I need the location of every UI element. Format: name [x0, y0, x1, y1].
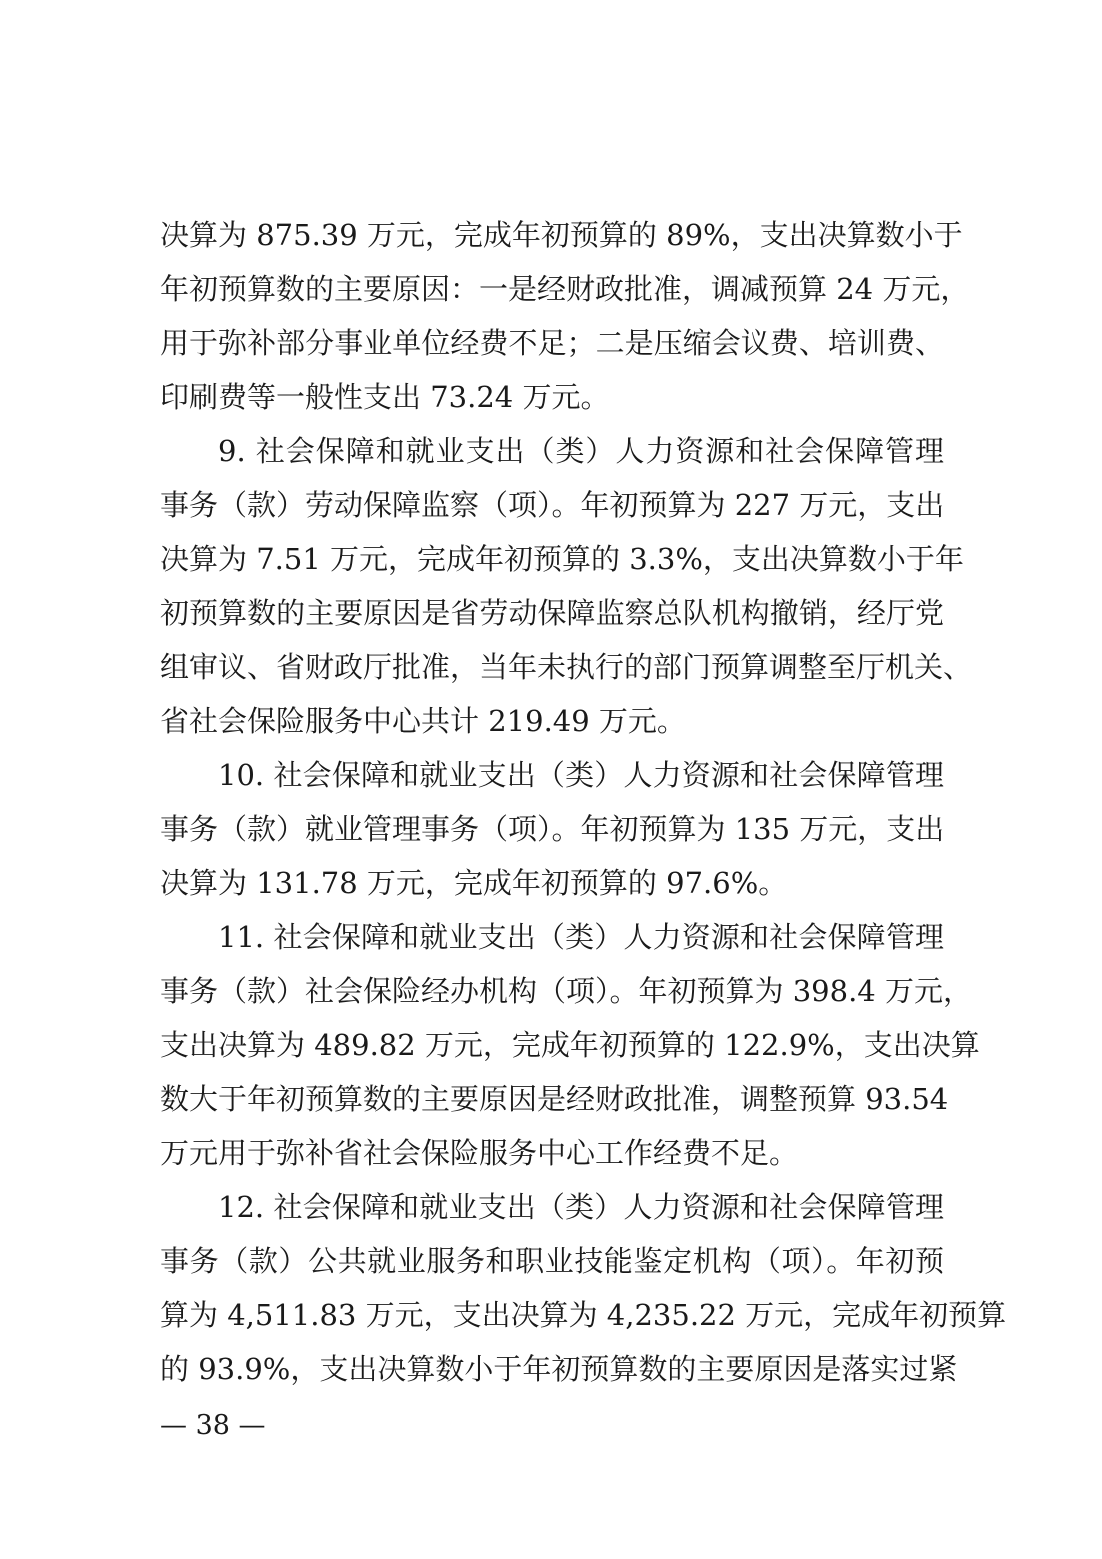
text-line: 决算为 131.78 万元，完成年初预算的 97.6%。: [160, 856, 944, 910]
text-line: 9. 社会保障和就业支出（类）人力资源和社会保障管理: [160, 424, 944, 478]
paragraph-11: 11. 社会保障和就业支出（类）人力资源和社会保障管理 事务（款）社会保险经办机…: [160, 910, 944, 1180]
text-line: 印刷费等一般性支出 73.24 万元。: [160, 370, 944, 424]
text-line: 省社会保险服务中心共计 219.49 万元。: [160, 694, 944, 748]
text-line: 事务（款）就业管理事务（项）。年初预算为 135 万元，支出: [160, 802, 944, 856]
text-line: 初预算数的主要原因是省劳动保障监察总队机构撤销，经厅党: [160, 586, 944, 640]
text-line: 的 93.9%，支出决算数小于年初预算数的主要原因是落实过紧: [160, 1342, 944, 1396]
document-page: 决算为 875.39 万元，完成年初预算的 89%，支出决算数小于 年初预算数的…: [0, 0, 1102, 1559]
paragraph-8-continued: 决算为 875.39 万元，完成年初预算的 89%，支出决算数小于 年初预算数的…: [160, 208, 944, 424]
text-line: 组审议、省财政厅批准，当年未执行的部门预算调整至厅机关、: [160, 640, 944, 694]
text-line: 事务（款）劳动保障监察（项）。年初预算为 227 万元，支出: [160, 478, 944, 532]
text-line: 支出决算为 489.82 万元，完成年初预算的 122.9%，支出决算: [160, 1018, 944, 1072]
text-line: 年初预算数的主要原因：一是经财政批准，调减预算 24 万元，: [160, 262, 944, 316]
paragraph-10: 10. 社会保障和就业支出（类）人力资源和社会保障管理 事务（款）就业管理事务（…: [160, 748, 944, 910]
text-line: 决算为 7.51 万元，完成年初预算的 3.3%，支出决算数小于年: [160, 532, 944, 586]
text-line: 万元用于弥补省社会保险服务中心工作经费不足。: [160, 1126, 944, 1180]
paragraph-9: 9. 社会保障和就业支出（类）人力资源和社会保障管理 事务（款）劳动保障监察（项…: [160, 424, 944, 748]
text-line: 事务（款）社会保险经办机构（项）。年初预算为 398.4 万元，: [160, 964, 944, 1018]
text-line: 10. 社会保障和就业支出（类）人力资源和社会保障管理: [160, 748, 944, 802]
text-line: 12. 社会保障和就业支出（类）人力资源和社会保障管理: [160, 1180, 944, 1234]
body-text: 决算为 875.39 万元，完成年初预算的 89%，支出决算数小于 年初预算数的…: [160, 208, 944, 1396]
text-line: 决算为 875.39 万元，完成年初预算的 89%，支出决算数小于: [160, 208, 944, 262]
paragraph-12: 12. 社会保障和就业支出（类）人力资源和社会保障管理 事务（款）公共就业服务和…: [160, 1180, 944, 1396]
text-line: 用于弥补部分事业单位经费不足；二是压缩会议费、培训费、: [160, 316, 944, 370]
text-line: 事务（款）公共就业服务和职业技能鉴定机构（项）。年初预: [160, 1234, 944, 1288]
text-line: 11. 社会保障和就业支出（类）人力资源和社会保障管理: [160, 910, 944, 964]
text-line: 算为 4,511.83 万元，支出决算为 4,235.22 万元，完成年初预算: [160, 1288, 944, 1342]
page-number: — 38 —: [160, 1406, 266, 1446]
text-line: 数大于年初预算数的主要原因是经财政批准，调整预算 93.54: [160, 1072, 944, 1126]
